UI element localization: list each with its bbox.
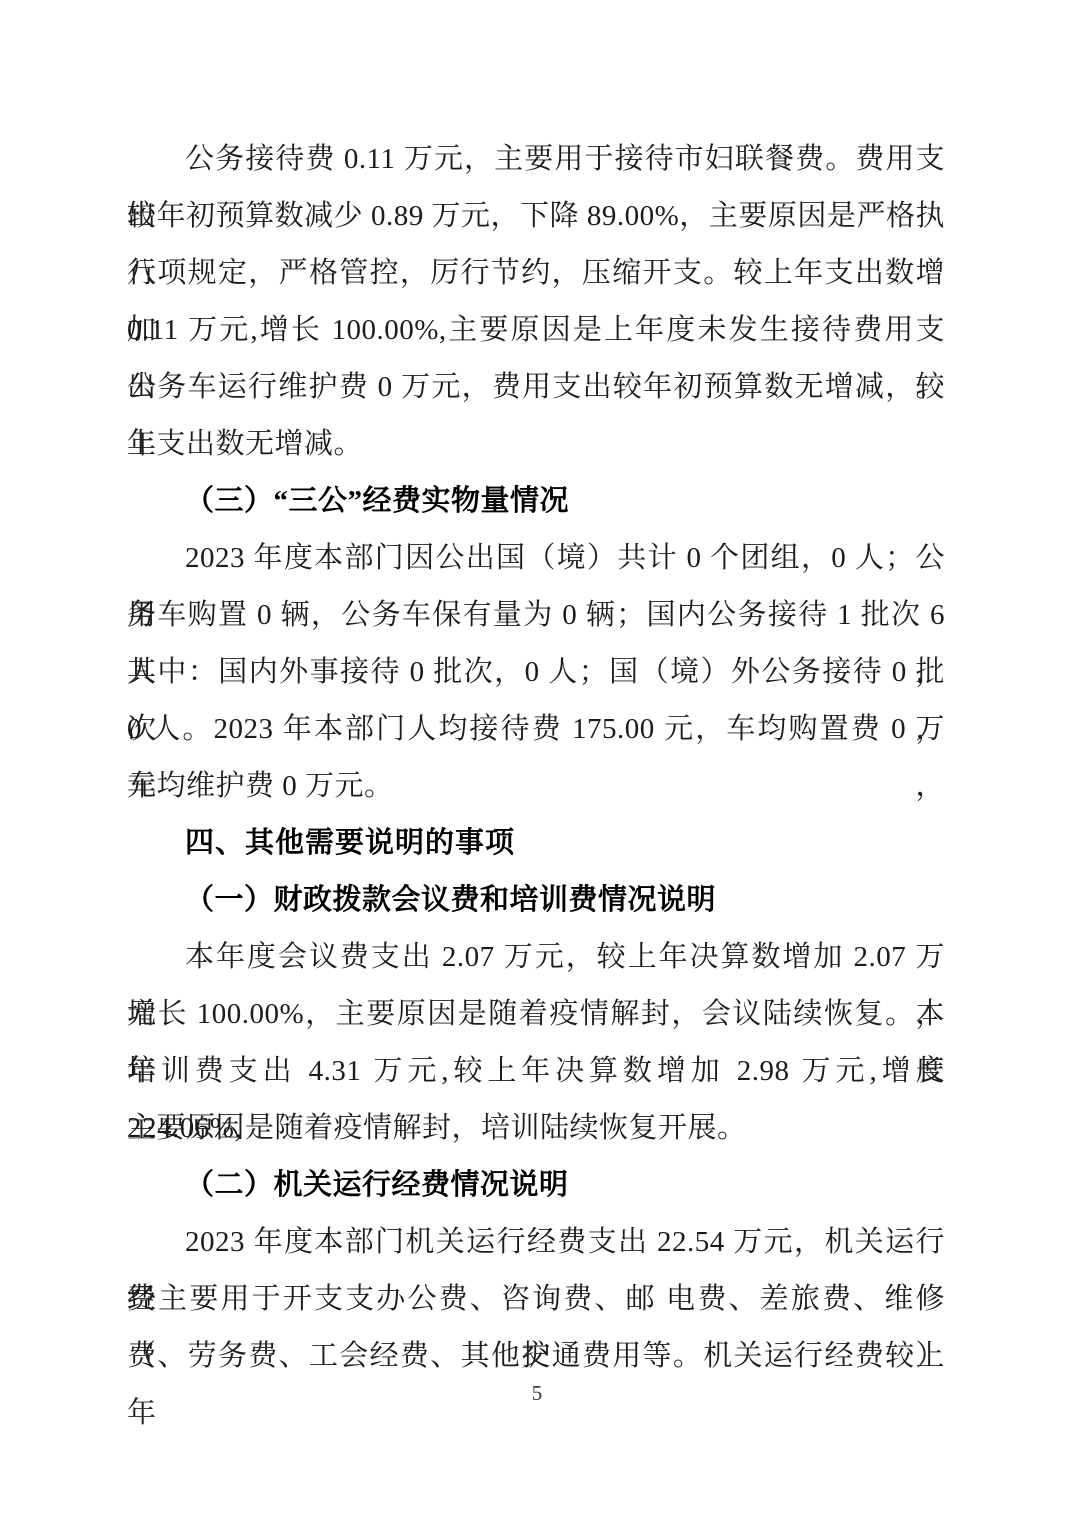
text-line: 年支出数无增减。: [127, 416, 945, 473]
section-heading: 四、其他需要说明的事项: [127, 815, 945, 872]
text-line: 公务接待费 0.11 万元，主要用于接待市妇联餐费。费用支出: [127, 131, 945, 188]
text-line: 费主要用于开支支办公费、咨询费、邮 电费、差旅费、维修（护）: [127, 1271, 945, 1328]
section-heading: （三）“三公”经费实物量情况: [127, 473, 945, 530]
document-content: 公务接待费 0.11 万元，主要用于接待市妇联餐费。费用支出较年初预算数减少 0…: [127, 131, 945, 1385]
text-line: 较年初预算数减少 0.89 万元，下降 89.00%，主要原因是严格执行: [127, 188, 945, 245]
section-heading: （一）财政拨款会议费和培训费情况说明: [127, 872, 945, 929]
text-line: 0 人。2023 年本部门人均接待费 175.00 元，车均购置费 0 万元，: [127, 701, 945, 758]
text-line: 主要原因是随着疫情解封，培训陆续恢复开展。: [127, 1100, 945, 1157]
text-line: 费、劳务费、工会经费、其他交通费用等。机关运行经费较上年: [127, 1328, 945, 1385]
text-line: 其中：国内外事接待 0 批次，0 人；国（境）外公务接待 0 批次，: [127, 644, 945, 701]
section-heading: （二）机关运行经费情况说明: [127, 1157, 945, 1214]
text-line: 2023 年度本部门因公出国（境）共计 0 个团组，0 人；公务: [127, 530, 945, 587]
text-line: 公务车运行维护费 0 万元，费用支出较年初预算数无增减，较上: [127, 359, 945, 416]
text-line: 本年度会议费支出 2.07 万元，较上年决算数增加 2.07 万元，: [127, 929, 945, 986]
text-line: 培训费支出 4.31 万元,较上年决算数增加 2.98 万元,增长 224.06…: [127, 1043, 945, 1100]
text-line: 用车购置 0 辆，公务车保有量为 0 辆；国内公务接待 1 批次 6 人，: [127, 587, 945, 644]
text-line: 增长 100.00%，主要原因是随着疫情解封，会议陆续恢复。本年度: [127, 986, 945, 1043]
page-number: 5: [0, 1378, 1074, 1408]
document-page: 公务接待费 0.11 万元，主要用于接待市妇联餐费。费用支出较年初预算数减少 0…: [0, 0, 1074, 1520]
text-line: 2023 年度本部门机关运行经费支出 22.54 万元，机关运行经: [127, 1214, 945, 1271]
text-line: 0.11 万元,增长 100.00%,主要原因是上年度未发生接待费用支出。: [127, 302, 945, 359]
text-line: 八项规定，严格管控，厉行节约，压缩开支。较上年支出数增加: [127, 245, 945, 302]
